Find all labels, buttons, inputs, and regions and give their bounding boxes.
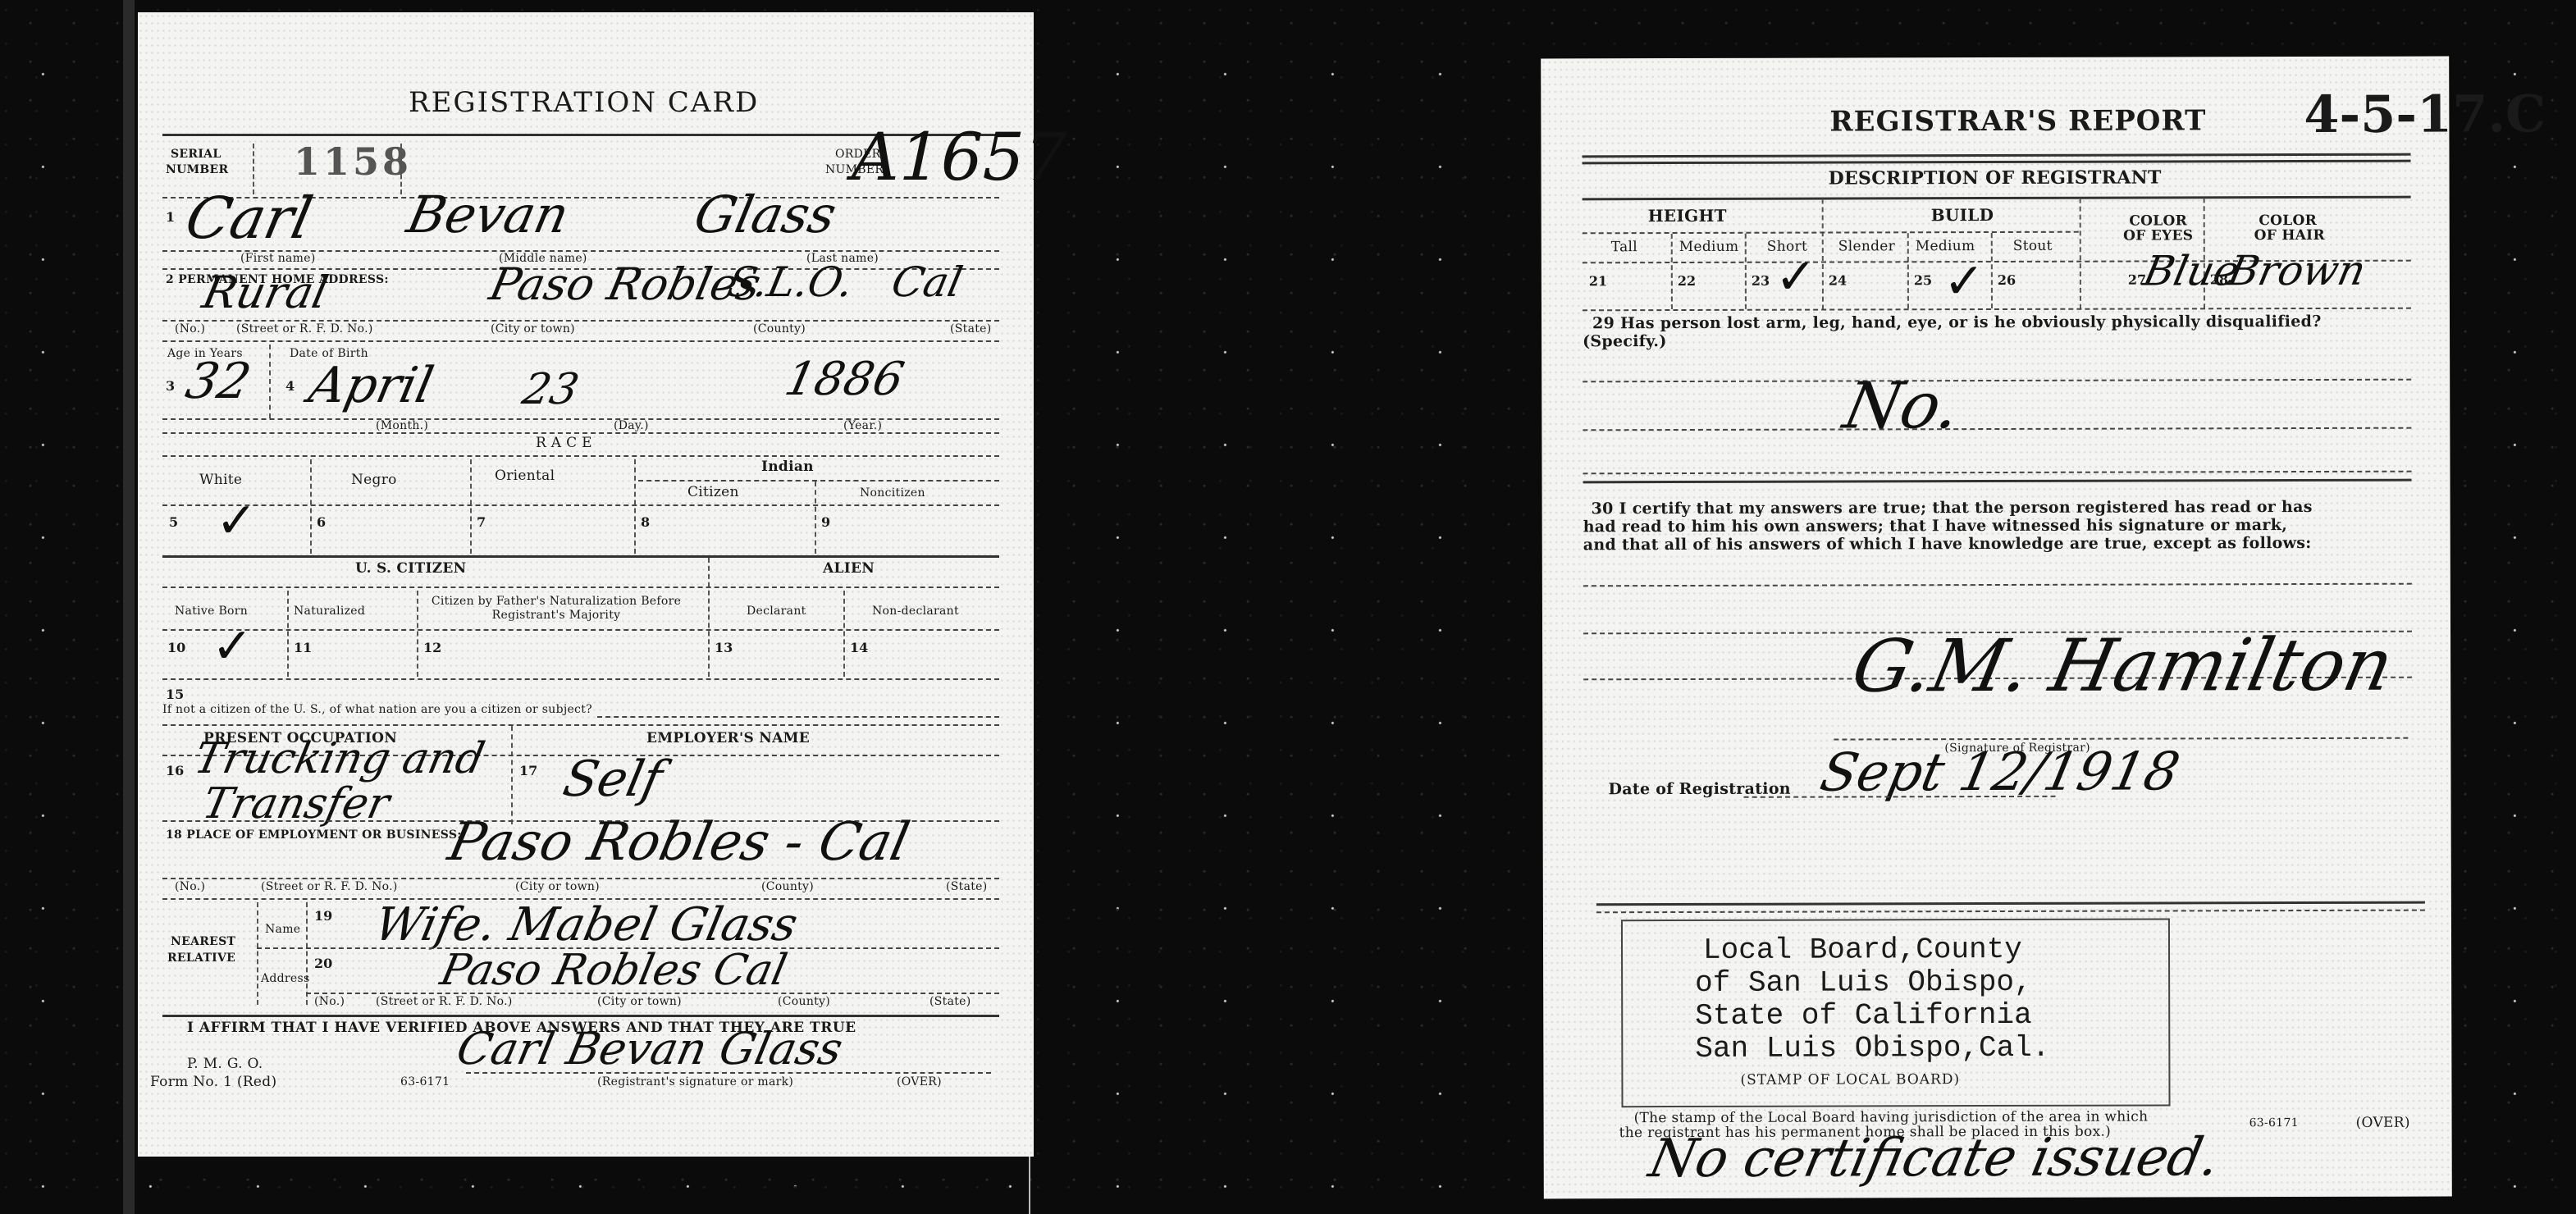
signature-label: (Registrant's signature or mark) bbox=[597, 1075, 793, 1088]
field-number: 3 bbox=[166, 378, 175, 394]
dob-day: 23 bbox=[518, 365, 583, 414]
divider bbox=[634, 459, 636, 554]
divider bbox=[1583, 379, 2411, 383]
form-code: 63-6171 bbox=[2249, 1116, 2299, 1130]
relative-sublabel: (Street or R. F. D. No.) bbox=[376, 995, 513, 1008]
form-agency: P. M. G. O. bbox=[187, 1056, 263, 1072]
race-indian-noncitizen-label: Noncitizen bbox=[860, 486, 925, 500]
indian-heading: Indian bbox=[761, 459, 814, 475]
divider bbox=[708, 558, 710, 677]
naturalized-label: Naturalized bbox=[294, 605, 365, 618]
divider bbox=[1834, 737, 2408, 741]
divider bbox=[162, 629, 999, 631]
field-number: 12 bbox=[423, 640, 441, 655]
divider bbox=[1745, 234, 1747, 309]
question-30-line-2: had read to him his own answers; that I … bbox=[1583, 516, 2287, 536]
field-number: 25 bbox=[1914, 272, 1932, 288]
relative-name-label: Name bbox=[265, 923, 300, 936]
race-white-label: White bbox=[199, 472, 242, 488]
build-medium-checkmark: ✓ bbox=[1943, 253, 1985, 310]
divider bbox=[1583, 231, 2079, 235]
build-stout-label: Stout bbox=[2013, 238, 2053, 254]
field-number: 26 bbox=[1998, 272, 2016, 288]
registration-card: REGISTRATION CARD SERIAL NUMBER 1158 ORD… bbox=[138, 12, 1034, 1157]
form-number: Form No. 1 (Red) bbox=[150, 1074, 276, 1090]
us-citizen-heading: U. S. CITIZEN bbox=[355, 560, 467, 577]
divider bbox=[466, 1072, 991, 1074]
divider bbox=[1907, 233, 1909, 308]
field-number: 6 bbox=[317, 514, 326, 530]
field-number: 16 bbox=[166, 763, 184, 778]
place-label: 18 PLACE OF EMPLOYMENT OR BUSINESS: bbox=[166, 828, 462, 842]
divider bbox=[1671, 234, 1673, 309]
eyes-heading-2: OF EYES bbox=[2116, 227, 2201, 244]
address-sublabel: (City or town) bbox=[491, 322, 575, 335]
divider bbox=[1583, 479, 2412, 484]
divider bbox=[162, 340, 999, 342]
serial-label-2: NUMBER bbox=[166, 163, 228, 176]
question-30-line-3: and that all of his answers of which I h… bbox=[1583, 534, 2312, 554]
dob-month: April bbox=[304, 357, 439, 414]
divider bbox=[306, 902, 308, 1005]
place-value: Paso Robles - Cal bbox=[443, 812, 915, 873]
race-white-checkmark: ✓ bbox=[216, 492, 257, 550]
field-number: 23 bbox=[1752, 273, 1770, 289]
divider bbox=[257, 902, 258, 1005]
stamp-line-4: San Luis Obispo,Cal. bbox=[1695, 1024, 2049, 1074]
race-oriental-label: Oriental bbox=[495, 468, 555, 484]
relative-address-value: Paso Robles Cal bbox=[436, 946, 792, 995]
place-sublabel: (State) bbox=[946, 880, 988, 893]
declarant-label: Declarant bbox=[747, 605, 806, 618]
native-born-label: Native Born bbox=[175, 605, 248, 618]
divider bbox=[162, 432, 999, 434]
dob-day-label: (Day.) bbox=[614, 419, 649, 432]
form-code: 63-6171 bbox=[400, 1075, 450, 1088]
divider bbox=[511, 726, 513, 824]
divider bbox=[417, 591, 418, 677]
serial-number: 1158 bbox=[294, 139, 412, 184]
divider bbox=[1583, 583, 2412, 587]
field-number: 15 bbox=[166, 687, 184, 702]
relative-sublabel: (City or town) bbox=[597, 995, 682, 1008]
field-number: 17 bbox=[519, 763, 537, 778]
dob-year: 1886 bbox=[780, 353, 908, 406]
divider bbox=[638, 480, 999, 481]
nation-question: If not a citizen of the U. S., of what n… bbox=[162, 703, 592, 716]
divider bbox=[1583, 427, 2411, 431]
divider bbox=[597, 716, 999, 718]
divider bbox=[162, 320, 999, 322]
employer-heading: EMPLOYER'S NAME bbox=[646, 730, 810, 746]
field-number: 8 bbox=[641, 514, 650, 530]
divider bbox=[1583, 160, 2411, 165]
over-label: (OVER) bbox=[897, 1075, 942, 1088]
non-declarant-label: Non-declarant bbox=[872, 605, 959, 618]
dob-month-label: (Month.) bbox=[376, 419, 428, 432]
report-title: REGISTRAR'S REPORT bbox=[1829, 104, 2206, 138]
field-number: 13 bbox=[715, 640, 733, 655]
relative-address-label: Address bbox=[261, 972, 309, 985]
address-sublabel: (County) bbox=[753, 322, 806, 335]
first-name-label: (First name) bbox=[240, 252, 316, 265]
last-name: Glass bbox=[689, 185, 841, 244]
divider bbox=[162, 504, 999, 506]
nearest-relative-heading: NEAREST bbox=[171, 935, 235, 948]
address-sublabel: (State) bbox=[950, 322, 992, 335]
handwritten-note: No certificate issued. bbox=[1644, 1127, 2225, 1189]
divider bbox=[2080, 199, 2081, 309]
field-number: 22 bbox=[1678, 273, 1696, 289]
description-heading: DESCRIPTION OF REGISTRANT bbox=[1829, 167, 2162, 189]
over-label: (OVER) bbox=[2356, 1115, 2410, 1131]
divider bbox=[162, 586, 999, 588]
divider bbox=[162, 555, 999, 558]
divider bbox=[1596, 901, 2425, 906]
race-heading: RACE bbox=[536, 435, 597, 451]
divider bbox=[162, 724, 999, 726]
divider bbox=[162, 878, 999, 879]
divider bbox=[843, 591, 845, 677]
field-number: 10 bbox=[167, 640, 185, 655]
nearest-relative-heading-2: RELATIVE bbox=[167, 952, 235, 965]
field-number: 21 bbox=[1589, 273, 1607, 289]
field-number: 4 bbox=[285, 378, 295, 394]
dob-year-label: (Year.) bbox=[843, 419, 882, 432]
address-sublabel: (Street or R. F. D. No.) bbox=[236, 322, 373, 335]
field-number: 20 bbox=[314, 956, 332, 971]
field-number: 5 bbox=[169, 514, 178, 530]
field-number: 24 bbox=[1829, 272, 1847, 288]
card-title: REGISTRATION CARD bbox=[409, 86, 759, 119]
middle-name: Bevan bbox=[402, 185, 574, 244]
question-29-specify: (Specify.) bbox=[1583, 332, 1667, 350]
field-number: 14 bbox=[850, 640, 868, 655]
height-heading: HEIGHT bbox=[1648, 206, 1727, 226]
divider bbox=[269, 345, 271, 418]
order-number: A1657 bbox=[843, 119, 1074, 195]
serial-label: SERIAL bbox=[171, 148, 221, 161]
divider bbox=[306, 993, 999, 994]
divider bbox=[1822, 199, 1824, 310]
scan-artifact-line bbox=[1029, 1157, 1030, 1214]
divider bbox=[162, 455, 999, 457]
occupation-value: Trucking and bbox=[190, 734, 489, 783]
place-sublabel: (No.) bbox=[175, 880, 205, 893]
address-county: S.L.O. bbox=[724, 258, 858, 306]
divider bbox=[1583, 308, 2411, 312]
build-slender-label: Slender bbox=[1838, 238, 1895, 254]
age-value: 32 bbox=[181, 353, 256, 410]
date-of-registration-value: Sept 12/1918 bbox=[1816, 742, 2185, 803]
hair-color-value: Brown bbox=[2224, 247, 2370, 294]
field-number: 11 bbox=[294, 640, 312, 655]
relative-sublabel: (State) bbox=[929, 995, 971, 1008]
height-short-checkmark: ✓ bbox=[1775, 249, 1816, 306]
divider bbox=[470, 459, 472, 554]
place-sublabel: (City or town) bbox=[515, 880, 600, 893]
build-heading: BUILD bbox=[1931, 205, 1994, 225]
question-30-line-1: 30 I certify that my answers are true; t… bbox=[1592, 498, 2313, 518]
height-medium-label: Medium bbox=[1679, 239, 1739, 255]
divider bbox=[162, 1015, 999, 1017]
field-number: 7 bbox=[477, 514, 486, 530]
employer-value: Self bbox=[559, 751, 668, 808]
registrar-signature: G.M. Hamilton bbox=[1845, 623, 2400, 709]
question-29: 29 Has person lost arm, leg, hand, eye, … bbox=[1592, 313, 2322, 332]
hair-heading-2: OF HAIR bbox=[2247, 227, 2332, 244]
film-edge bbox=[123, 0, 135, 1214]
divider bbox=[1991, 233, 1993, 308]
divider bbox=[1583, 471, 2412, 475]
registrant-signature: Carl Bevan Glass bbox=[452, 1023, 847, 1075]
divider bbox=[162, 678, 999, 680]
divider bbox=[1596, 910, 2425, 914]
father-naturalization-label: Citizen by Father's Naturalization Befor… bbox=[417, 595, 696, 623]
address-street: Rural bbox=[198, 267, 332, 318]
race-negro-label: Negro bbox=[351, 472, 397, 488]
divider bbox=[1582, 153, 2410, 158]
place-sublabel: (County) bbox=[761, 880, 814, 893]
relative-name-value: Wife. Mabel Glass bbox=[370, 898, 802, 952]
height-tall-label: Tall bbox=[1611, 239, 1637, 255]
divider bbox=[400, 144, 402, 194]
first-name: Carl bbox=[180, 185, 318, 252]
relative-sublabel: (No.) bbox=[314, 995, 345, 1008]
relative-sublabel: (County) bbox=[778, 995, 830, 1008]
divider bbox=[287, 591, 289, 677]
report-code: 4-5-17.C bbox=[2304, 84, 2546, 144]
field-number: 19 bbox=[314, 908, 332, 924]
divider bbox=[1583, 196, 2411, 201]
stamp-caption: (STAMP OF LOCAL BOARD) bbox=[1740, 1071, 1960, 1088]
divider bbox=[310, 459, 312, 554]
native-born-checkmark: ✓ bbox=[212, 618, 253, 675]
place-sublabel: (Street or R. F. D. No.) bbox=[261, 880, 398, 893]
address-state: Cal bbox=[888, 258, 966, 306]
address-sublabel: (No.) bbox=[175, 322, 205, 335]
question-29-answer: No. bbox=[1838, 369, 1967, 443]
field-number: 9 bbox=[821, 514, 830, 530]
registrars-report-card: REGISTRAR'S REPORT 4-5-17.C DESCRIPTION … bbox=[1541, 57, 2452, 1199]
race-indian-citizen-label: Citizen bbox=[687, 484, 739, 500]
divider bbox=[815, 481, 816, 554]
field-number: 1 bbox=[166, 209, 175, 225]
alien-heading: ALIEN bbox=[823, 560, 875, 577]
